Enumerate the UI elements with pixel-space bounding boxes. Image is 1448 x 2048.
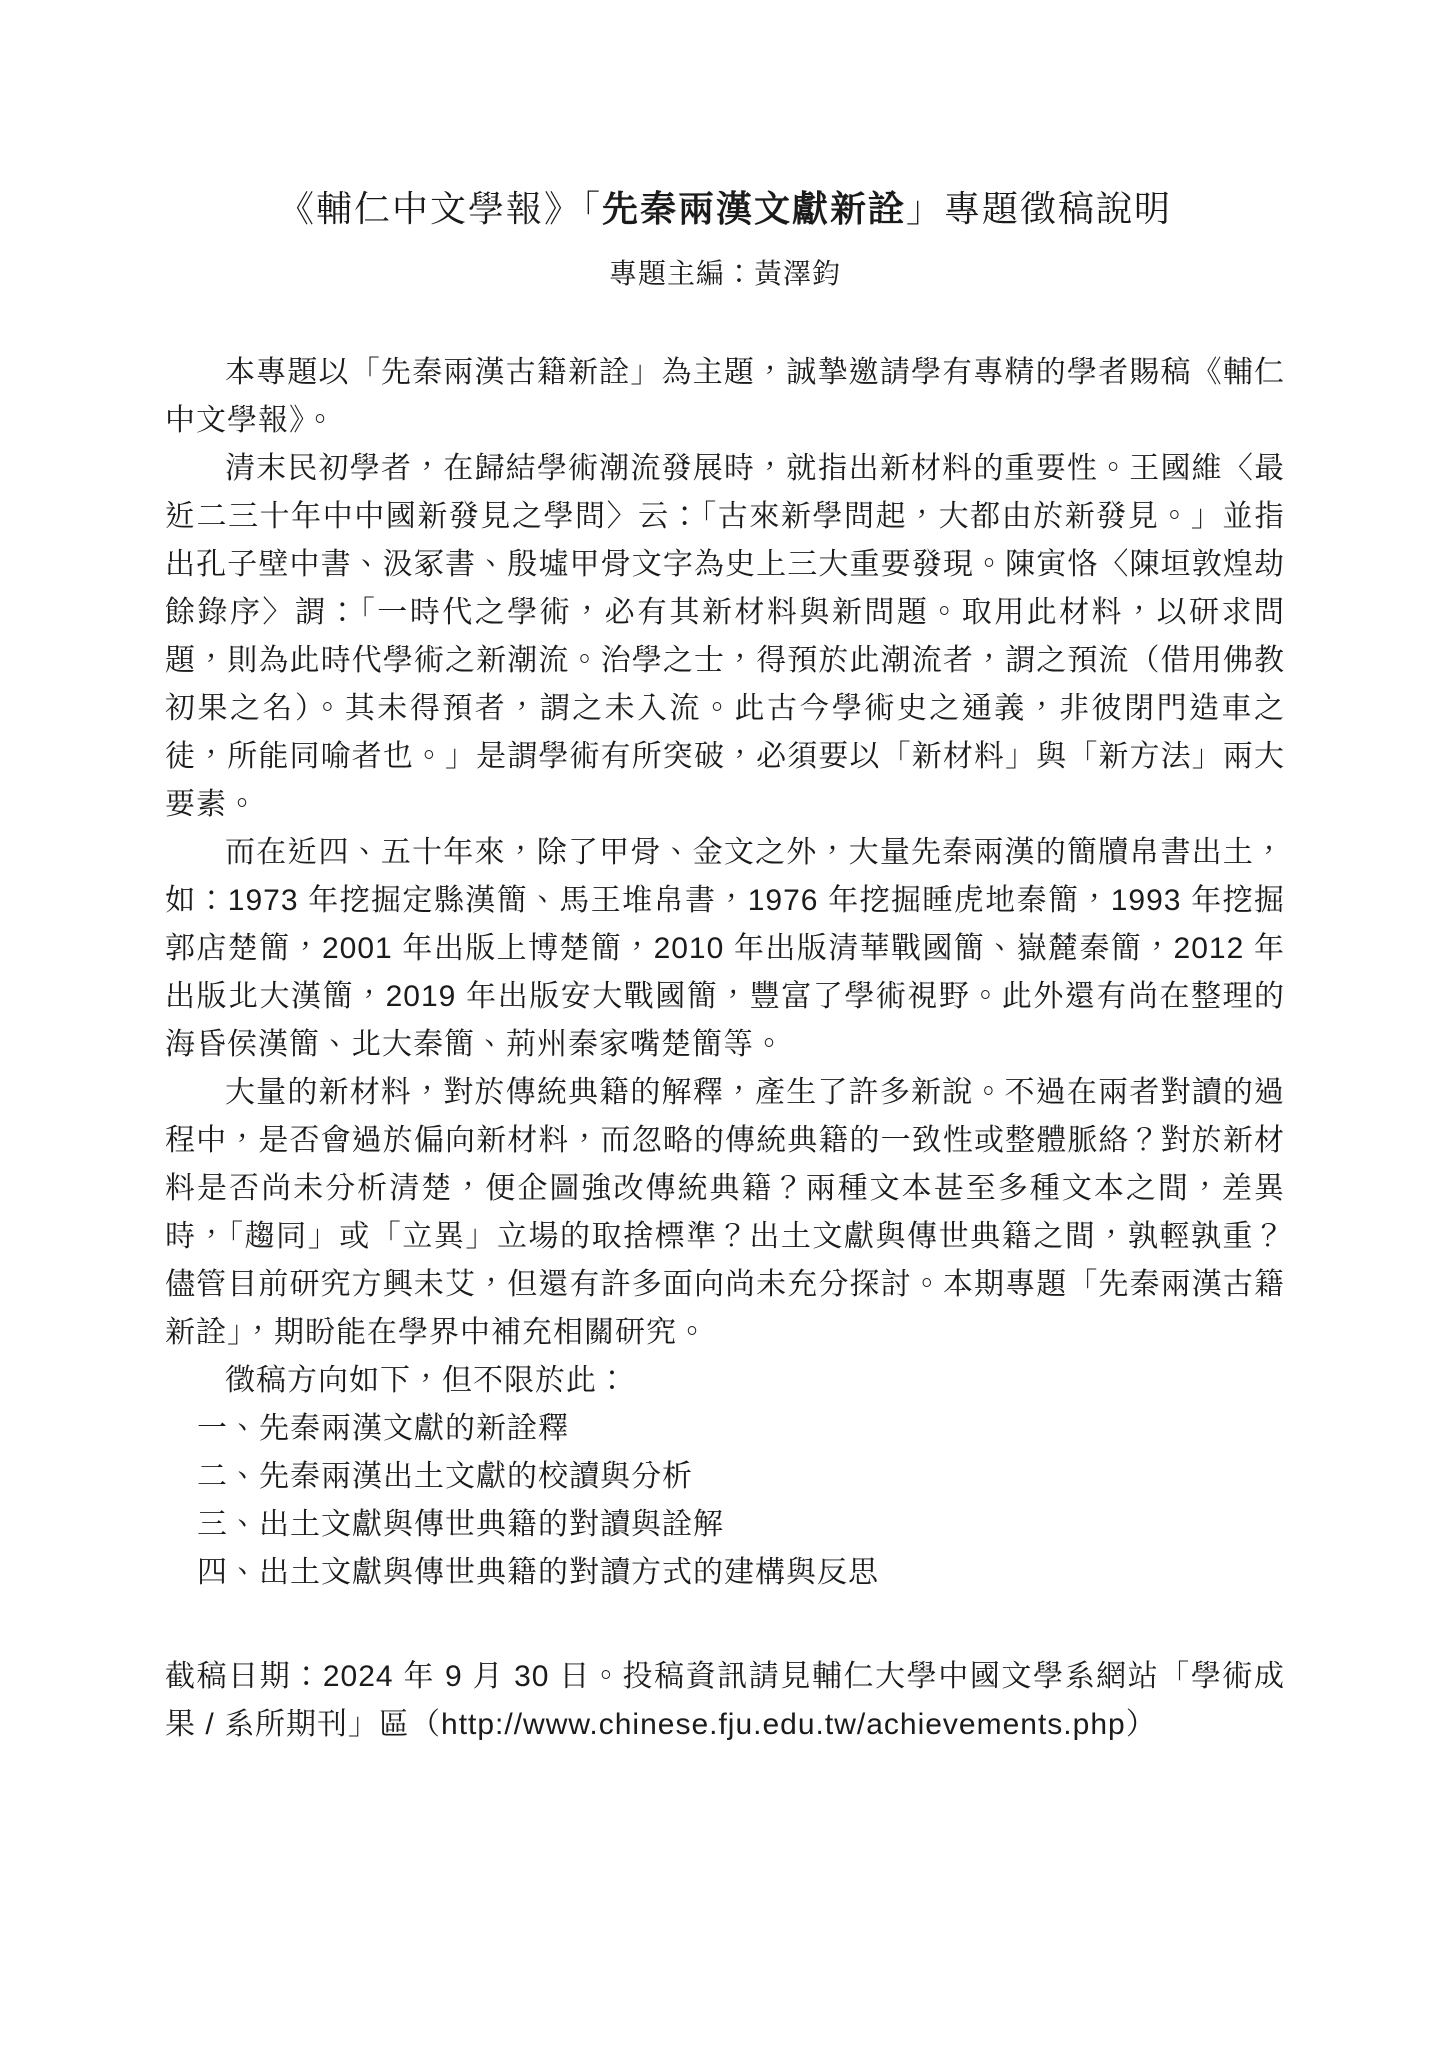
direction-item-3: 三、出土文獻與傳世典籍的對讀與詮解 bbox=[197, 1501, 1285, 1549]
direction-item-2: 二、先秦兩漢出土文獻的校讀與分析 bbox=[197, 1453, 1285, 1501]
title-emphasis: 先秦兩漢文獻新詮 bbox=[602, 188, 906, 229]
direction-item-1: 一、先秦兩漢文獻的新詮釋 bbox=[197, 1405, 1285, 1453]
direction-item-4: 四、出土文獻與傳世典籍的對讀方式的建構與反思 bbox=[197, 1549, 1285, 1597]
title-prefix: 《輔仁中文學報》「 bbox=[278, 188, 602, 229]
paragraph-directions-intro: 徵稿方向如下，但不限於此： bbox=[165, 1357, 1285, 1405]
document-body: 本專題以「先秦兩漢古籍新詮」為主題，誠摯邀請學有專精的學者賜稿《輔仁中文學報》。… bbox=[165, 349, 1285, 1749]
title-suffix: 」專題徵稿說明 bbox=[906, 188, 1172, 229]
page-title: 《輔仁中文學報》「先秦兩漢文獻新詮」專題徵稿說明 bbox=[165, 186, 1285, 231]
deadline-note: 截稿日期：2024 年 9 月 30 日。投稿資訊請見輔仁大學中國文學系網站「學… bbox=[165, 1653, 1285, 1749]
paragraph-research-questions: 大量的新材料，對於傳統典籍的解釋，產生了許多新說。不過在兩者對讀的過程中，是否會… bbox=[165, 1069, 1285, 1357]
paragraph-excavated-texts: 而在近四、五十年來，除了甲骨、金文之外，大量先秦兩漢的簡牘帛書出土，如：1973… bbox=[165, 829, 1285, 1069]
subtitle-editor: 專題主編：黃澤鈞 bbox=[165, 257, 1285, 291]
submission-directions-list: 一、先秦兩漢文獻的新詮釋 二、先秦兩漢出土文獻的校讀與分析 三、出土文獻與傳世典… bbox=[165, 1405, 1285, 1597]
paragraph-new-materials-history: 清末民初學者，在歸結學術潮流發展時，就指出新材料的重要性。王國維〈最近二三十年中… bbox=[165, 445, 1285, 829]
paragraph-theme-invitation: 本專題以「先秦兩漢古籍新詮」為主題，誠摯邀請學有專精的學者賜稿《輔仁中文學報》。 bbox=[165, 349, 1285, 445]
document-page: 《輔仁中文學報》「先秦兩漢文獻新詮」專題徵稿說明 專題主編：黃澤鈞 本專題以「先… bbox=[0, 0, 1448, 2048]
